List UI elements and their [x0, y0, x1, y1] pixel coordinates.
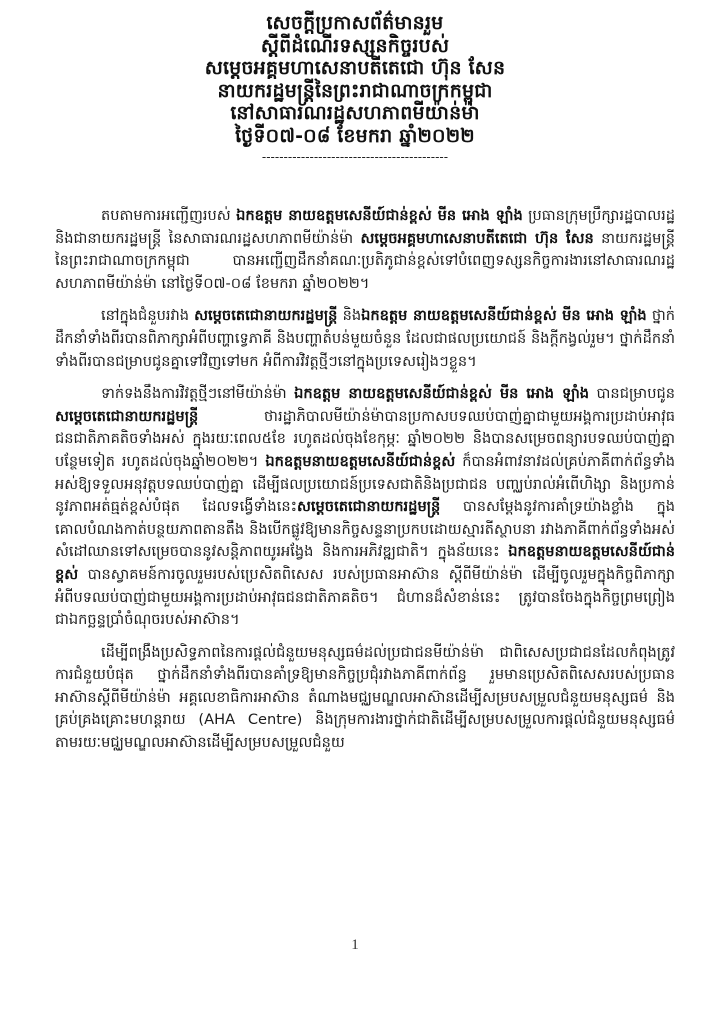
text-run: នៅក្នុងជំនួបរវាង: [101, 307, 194, 324]
title-line-2: ស្តីពីដំណើរទស្សនកិច្ចរបស់: [0, 35, 710, 58]
bold-text-run: ឯកឧត្តម នាយឧត្តមសេនីយ៍ជាន់ខ្ពស់ មីន អោង …: [361, 307, 647, 324]
paragraph-1: តបតាមការអញ្ជើញរបស់ ឯកឧត្តម នាយឧត្តមសេនីយ…: [55, 205, 675, 295]
bold-text-run: សម្តេចតេជោនាយករដ្ឋមន្ត្រី: [194, 307, 337, 324]
text-run: បានជម្រាបជូន: [589, 385, 675, 402]
title-date-line: ថ្ងៃទី០៧-០៨ ខែមករា ឆ្នាំ២០២២: [0, 125, 710, 148]
bold-text-run: ឯកឧត្តម នាយឧត្តមសេនីយ៍ជាន់ខ្ពស់ មីន អោង …: [236, 207, 523, 224]
document-page: សេចក្តីប្រកាសព័ត៌មានរួម ស្តីពីដំណើរទស្សន…: [0, 0, 710, 1024]
title-line-3: សម្តេចអគ្គមហាសេនាបតីតេជោ ហ៊ុន សែន: [0, 57, 710, 80]
text-run: និង: [337, 307, 361, 324]
title-block: សេចក្តីប្រកាសព័ត៌មានរួម ស្តីពីដំណើរទស្សន…: [0, 12, 710, 163]
bold-text-run: សម្តេចតេជោនាយករដ្ឋមន្ត្រី: [297, 498, 440, 515]
text-run: ដើម្បីពង្រឹងប្រសិទ្ធភាពនៃការផ្តល់ជំនួយមន…: [55, 644, 675, 751]
page-number: 1: [0, 937, 710, 954]
bold-text-run: សម្តេចតេជោនាយករដ្ឋមន្ត្រី: [55, 408, 198, 425]
text-run: ទាក់ទងនឹងការវិវត្តថ្មីៗនៅមីយ៉ាន់ម៉ា: [101, 385, 294, 402]
paragraph-3: ទាក់ទងនឹងការវិវត្តថ្មីៗនៅមីយ៉ាន់ម៉ា ឯកឧត…: [55, 383, 675, 632]
paragraph-2: នៅក្នុងជំនួបរវាង សម្តេចតេជោនាយករដ្ឋមន្ត្…: [55, 305, 675, 373]
bold-text-run: សម្តេចអគ្គមហាសេនាបតីតេជោ ហ៊ុន សែន: [361, 230, 594, 247]
document-body: តបតាមការអញ្ជើញរបស់ ឯកឧត្តម នាយឧត្តមសេនីយ…: [55, 205, 675, 765]
bold-text-run: ឯកឧត្តមនាយឧត្តមសេនីយ៍ជាន់ខ្ពស់: [265, 453, 455, 470]
title-line-1: សេចក្តីប្រកាសព័ត៌មានរួម: [0, 12, 710, 35]
paragraph-4: ដើម្បីពង្រឹងប្រសិទ្ធភាពនៃការផ្តល់ជំនួយមន…: [55, 642, 675, 755]
title-line-5: នៅសាធារណរដ្ឋសហភាពមីយ៉ាន់ម៉ា: [0, 102, 710, 125]
text-run: បានស្វាគមន៍ការចូលរួមរបស់ប្រេសិតពិសេស របស…: [55, 566, 675, 628]
text-run: តបតាមការអញ្ជើញរបស់: [101, 207, 236, 224]
title-line-4: នាយករដ្ឋមន្ត្រីនៃព្រះរាជាណាចក្រកម្ពុជា: [0, 80, 710, 103]
title-divider: ----------------------------------------…: [230, 151, 480, 163]
bold-text-run: ឯកឧត្តម នាយឧត្តមសេនីយ៍ជាន់ខ្ពស់ មីន អោង …: [294, 385, 589, 402]
